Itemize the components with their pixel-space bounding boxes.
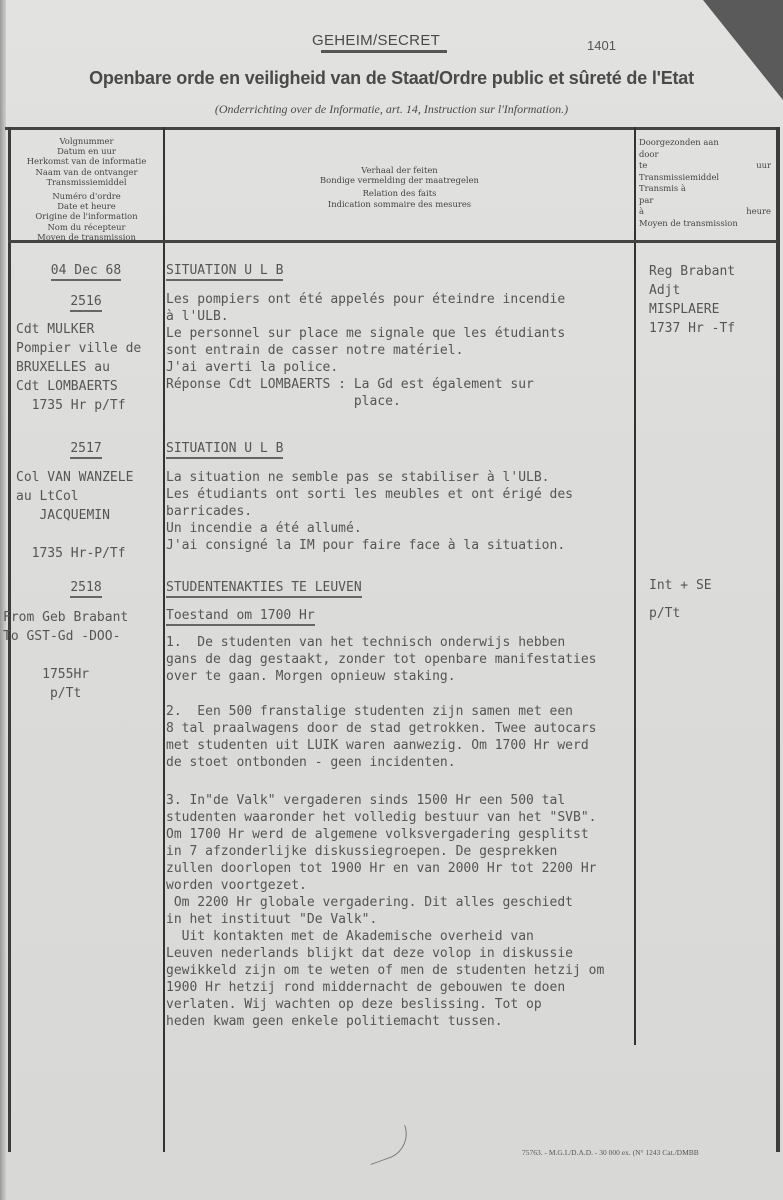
origin-line: au LtCol xyxy=(16,487,133,506)
body-line: de stoet ontbonden - geen incidenten. xyxy=(166,754,596,771)
entry-number: 2516 xyxy=(10,293,162,310)
header-label: Moyen de transmission xyxy=(10,232,163,242)
header-label: Bondige vermelding der maatregelen xyxy=(166,175,633,185)
entry-paragraph: 2. Een 500 franstalige studenten zijn sa… xyxy=(166,703,596,771)
body-line: Un incendie a été allumé. xyxy=(166,520,573,537)
header-label: Doorgezonden aan xyxy=(639,137,771,149)
transmission-line: 1737 Hr -Tf xyxy=(649,319,735,338)
header-label: Relation des faits xyxy=(166,188,633,198)
entry-body: Les pompiers ont été appelés pour éteind… xyxy=(166,291,565,410)
origin-line: Pompier ville de xyxy=(16,339,141,358)
transmission-line xyxy=(649,593,712,607)
header-label: Nom du récepteur xyxy=(10,222,163,232)
body-line: met studenten uit LUIK waren aanwezig. O… xyxy=(166,737,596,754)
body-line: à l'ULB. xyxy=(166,308,565,325)
body-line: Om 1700 Hr werd de algemene volksvergade… xyxy=(166,826,604,843)
entry-heading: SITUATION U L B xyxy=(166,262,283,279)
origin-line: To GST-Gd -DOO- xyxy=(3,627,128,646)
body-line: over te gaan. Morgen opnieuw staking. xyxy=(166,668,596,685)
page-edge-shadow xyxy=(0,0,6,1200)
header-label: Transmis à xyxy=(639,183,771,195)
origin-line: Cdt LOMBAERTS xyxy=(16,377,141,396)
body-line: barricades. xyxy=(166,503,573,520)
entry-body: La situation ne semble pas se stabiliser… xyxy=(166,469,573,554)
origin-line: 1755Hr xyxy=(3,665,128,684)
header-label: Naam van de ontvanger xyxy=(10,167,163,177)
entry-subheading: Toestand om 1700 Hr xyxy=(166,607,315,624)
page-number: 1401 xyxy=(587,38,616,53)
body-line: gewikkeld zijn om te weten of men de stu… xyxy=(166,962,604,979)
body-line: studenten waaronder het volledig bestuur… xyxy=(166,809,604,826)
body-line: 3. In"de Valk" vergaderen sinds 1500 Hr … xyxy=(166,792,604,809)
entry-number: 2517 xyxy=(10,440,162,457)
header-label: door xyxy=(639,149,771,161)
header-label: Transmissiemiddel xyxy=(10,177,163,187)
transmission-line: Adjt xyxy=(649,281,735,300)
entry-number: 2518 xyxy=(10,579,162,596)
entry-heading: STUDENTENAKTIES TE LEUVEN xyxy=(166,579,362,596)
origin-line: From Geb Brabant xyxy=(3,608,128,627)
body-line: 1900 Hr hetzij rond middernacht de gebou… xyxy=(166,979,604,996)
column-divider-right xyxy=(634,127,636,1045)
body-line: Réponse Cdt LOMBAERTS : La Gd est égalem… xyxy=(166,376,565,393)
header-label: Moyen de transmission xyxy=(639,218,771,230)
body-line: heden kwam geen enkele politiemacht tuss… xyxy=(166,1013,604,1030)
body-line: J'ai consigné la IM pour faire face à la… xyxy=(166,537,573,554)
header-middle-column: Verhaal der feitenBondige vermelding der… xyxy=(166,165,633,209)
header-label: teuur xyxy=(639,160,771,172)
entry-paragraph: 1. De studenten van het technisch onderw… xyxy=(166,634,596,685)
header-right-column: Doorgezonden aandoorteuurTransmissiemidd… xyxy=(639,137,771,229)
origin-line xyxy=(3,646,128,665)
header-label: Herkomst van de informatie xyxy=(10,156,163,166)
entry-transmission: Reg BrabantAdjtMISPLAERE1737 Hr -Tf xyxy=(649,262,735,338)
origin-line: BRUXELLES au xyxy=(16,358,141,377)
header-label: Date et heure xyxy=(10,201,163,211)
header-label: Verhaal der feiten xyxy=(166,165,633,175)
body-line: La situation ne semble pas se stabiliser… xyxy=(166,469,573,486)
origin-line: p/Tt xyxy=(3,684,128,703)
entry-heading: SITUATION U L B xyxy=(166,440,283,457)
origin-line xyxy=(16,525,133,544)
transmission-line: p/Tt xyxy=(649,607,712,621)
document-page: GEHEIM/SECRET 1401 Openbare orde en veil… xyxy=(0,0,783,1200)
body-line: Leuven nederlands blijkt dat deze volop … xyxy=(166,945,604,962)
transmission-line: Reg Brabant xyxy=(649,262,735,281)
body-line: J'ai averti la police. xyxy=(166,359,565,376)
header-label: Volgnummer xyxy=(10,136,163,146)
document-subtitle: (Onderrichting over de Informatie, art. … xyxy=(0,102,783,117)
body-line: sont entrain de casser notre matériel. xyxy=(166,342,565,359)
entry-date: 04 Dec 68 xyxy=(10,262,162,279)
document-title: Openbare orde en veiligheid van de Staat… xyxy=(0,68,783,89)
body-line: place. xyxy=(166,393,565,410)
body-line: gans de dag gestaakt, zonder tot openbar… xyxy=(166,651,596,668)
origin-line: JACQUEMIN xyxy=(16,506,133,525)
origin-line: Col VAN WANZELE xyxy=(16,468,133,487)
print-footer: 75763. - M.G.I./D.A.D. - 30 000 ex. (N° … xyxy=(522,1148,699,1157)
body-line: in 7 afzonderlijke diskussiegroepen. De … xyxy=(166,843,604,860)
entry-transmission: Int + SE p/Tt xyxy=(649,579,712,621)
transmission-line: Int + SE xyxy=(649,579,712,593)
body-line: 8 tal praalwagens door de stad getrokken… xyxy=(166,720,596,737)
body-line: Les pompiers ont été appelés pour éteind… xyxy=(166,291,565,308)
header-label: Numéro d'ordre xyxy=(10,191,163,201)
header-label: par xyxy=(639,195,771,207)
classification-label: GEHEIM/SECRET xyxy=(312,32,440,49)
origin-line: 1735 Hr p/Tf xyxy=(16,396,141,415)
origin-line: 1735 Hr-P/Tf xyxy=(16,544,133,563)
entry-origin: From Geb BrabantTo GST-Gd -DOO- 1755Hr p… xyxy=(3,608,128,703)
header-left-column: VolgnummerDatum en uurHerkomst van de in… xyxy=(10,136,163,242)
body-line: zullen doorlopen tot 1900 Hr en van 2000… xyxy=(166,860,604,877)
body-line: 2. Een 500 franstalige studenten zijn sa… xyxy=(166,703,596,720)
column-divider-left xyxy=(163,127,165,1152)
header-label: Datum en uur xyxy=(10,146,163,156)
body-line: Le personnel sur place me signale que le… xyxy=(166,325,565,342)
origin-line: Cdt MULKER xyxy=(16,320,141,339)
body-line: Les étudiants ont sorti les meubles et o… xyxy=(166,486,573,503)
entry-paragraph: 3. In"de Valk" vergaderen sinds 1500 Hr … xyxy=(166,792,604,1030)
classification-underline xyxy=(321,50,447,53)
body-line: worden voortgezet. xyxy=(166,877,604,894)
entry-origin: Cdt MULKERPompier ville deBRUXELLES auCd… xyxy=(16,320,141,415)
header-label: Transmissiemiddel xyxy=(639,172,771,184)
header-label: Origine de l'information xyxy=(10,211,163,221)
body-line: Om 2200 Hr globale vergadering. Dit alle… xyxy=(166,894,604,911)
transmission-line: MISPLAERE xyxy=(649,300,735,319)
body-line: 1. De studenten van het technisch onderw… xyxy=(166,634,596,651)
body-line: in het instituut "De Valk". xyxy=(166,911,604,928)
header-label: Indication sommaire des mesures xyxy=(166,199,633,209)
body-line: Uit kontakten met de Akademische overhei… xyxy=(166,928,604,945)
header-label: àheure xyxy=(639,206,771,218)
body-line: verlaten. Wij wachten op deze beslissing… xyxy=(166,996,604,1013)
entry-origin: Col VAN WANZELEau LtCol JACQUEMIN 1735 H… xyxy=(16,468,133,563)
